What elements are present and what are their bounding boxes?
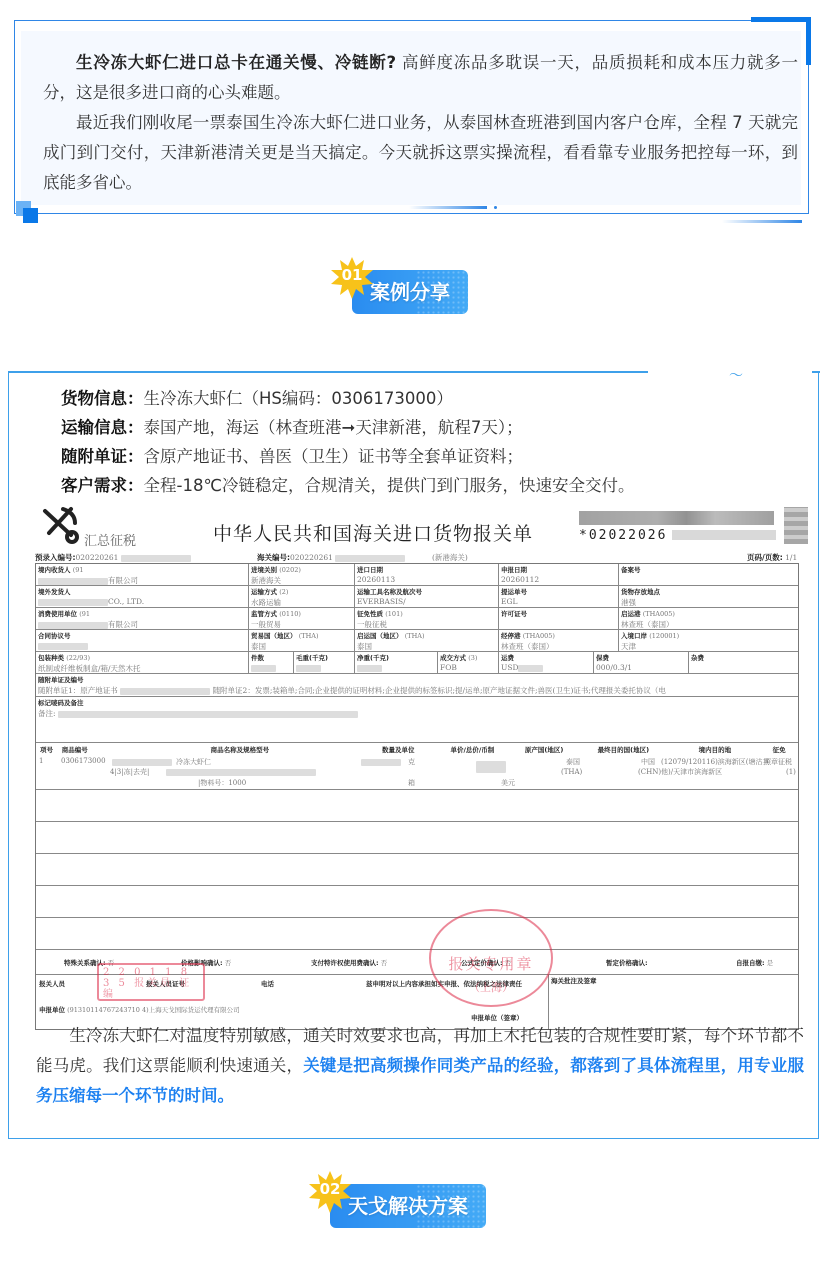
declaration-field: 许可证号 <box>499 608 619 629</box>
card-border <box>8 371 648 373</box>
info-row: 货物信息：生冷冻大虾仁（HS编码：0306173000） <box>61 384 634 413</box>
intro-card: 生冷冻大虾仁进口总卡在通关慢、冷链断? 高鲜度冻品多耽误一天，品质损耗和成本压力… <box>14 20 810 225</box>
column-header: 数量及单位 <box>359 745 438 754</box>
info-value: 泰国产地，海运（林查班港➞天津新港，航程7天）； <box>144 418 523 437</box>
column-header: 商品名称及规格型号 <box>121 745 358 754</box>
page-count: 页码/页数: 1/1 <box>747 552 797 563</box>
declaration-field: 入境口岸 (120001)天津 <box>619 630 798 651</box>
info-label: 客户需求： <box>61 476 144 495</box>
declaration-field: 境内收货人 (91有限公司 <box>36 564 249 585</box>
line-decoration <box>409 206 487 209</box>
qr-code <box>784 507 808 544</box>
declaration-row: 消费使用单位 (91有限公司监管方式 (0110)一般贸易征免性质 (101)一… <box>36 608 798 630</box>
declaration-field: 进口日期 20260113 <box>355 564 499 585</box>
info-value: 含原产地证书、兽医（卫生）证书等全套单证资料； <box>144 447 524 466</box>
info-value: 生冷冻大虾仁（HS编码：0306173000） <box>144 389 453 408</box>
column-header: 最终目的国(地区) <box>581 745 665 754</box>
redacted <box>672 530 776 540</box>
star-burst-icon: 02 <box>308 1170 352 1214</box>
column-header: 项号 <box>40 745 62 754</box>
confirm-field: 自报自缴: 是 <box>726 958 796 967</box>
section-number: 02 <box>308 1180 352 1198</box>
declarer-stamp: 2 2 0 1 1 8 3 5 报关员 证 编 <box>97 963 205 1001</box>
info-row: 随附单证：含原产地证书、兽医（卫生）证书等全套单证资料； <box>61 442 634 471</box>
customs-declaration-image: 汇总征税 中华人民共和国海关进口货物报关单 *02022026 预录入编号:02… <box>27 501 817 1011</box>
declaration-field: 监管方式 (0110)一般贸易 <box>249 608 355 629</box>
declaration-field: 备案号 <box>619 564 798 585</box>
declaration-field: 消费使用单位 (91有限公司 <box>36 608 249 629</box>
info-label: 货物信息： <box>61 389 144 408</box>
item-row: 1 0306173000 冷冻大虾仁 4|3|冻|去壳| |物料号：1000 克… <box>36 756 798 790</box>
case-info: 货物信息：生冷冻大虾仁（HS编码：0306173000） 运输信息：泰国产地，海… <box>61 384 634 500</box>
section-badge-02: 天戈解决方案 02 <box>308 1170 528 1214</box>
empty-row <box>36 790 798 822</box>
empty-row <box>36 854 798 886</box>
declaration-field: 杂费 <box>689 652 798 673</box>
info-label: 运输信息： <box>61 418 144 437</box>
declaration-field: 启运港 (THA005)林查班（泰国） <box>619 608 798 629</box>
closing-paragraph: 生冷冻大虾仁对温度特别敏感，通关时效要求也高，再加上木托包装的合规性要盯紧，每个… <box>36 1021 804 1111</box>
declaration-field: 运输工具名称及航次号 EVERBASIS/ <box>355 586 499 607</box>
intro-lead: 生冷冻大虾仁进口总卡在通关慢、冷链断? <box>76 53 396 72</box>
customs-seal-stamp: 报关专用章 （上海） <box>429 909 553 1007</box>
section-badge-01: 案例分享 01 <box>330 256 510 300</box>
declaration-title: 中华人民共和国海关进口货物报关单 <box>213 519 533 546</box>
declaration-field: 境外发货人 CO., LTD. <box>36 586 249 607</box>
line-decoration <box>722 220 802 223</box>
attached-docs-row: 随附单证及编号 随附单证1：原产地证书 随附单证2：发票;装箱单;合同;企业提供… <box>36 674 798 697</box>
declaration-field: 毛重(千克) <box>294 652 355 673</box>
declaration-row: 境外发货人 CO., LTD.运输方式 (2)水路运输运输工具名称及航次号 EV… <box>36 586 798 608</box>
customs-office: (新港海关) <box>432 552 468 563</box>
column-header: 单价/总价/币制 <box>438 745 507 754</box>
star-burst-icon: 01 <box>330 256 374 300</box>
customs-emblem-icon <box>41 505 81 545</box>
case-card: 〜 货物信息：生冷冻大虾仁（HS编码：0306173000） 运输信息：泰国产地… <box>8 371 819 1139</box>
declaration-row: 境内收货人 (91有限公司进境关别 (0202)新港海关进口日期 2026011… <box>36 564 798 586</box>
intro-text: 生冷冻大虾仁进口总卡在通关慢、冷链断? 高鲜度冻品多耽误一天，品质损耗和成本压力… <box>43 48 798 198</box>
declaration-field: 贸易国（地区） (THA)泰国 <box>249 630 355 651</box>
logo-text: 汇总征税 <box>84 530 136 549</box>
declaration-field: 征免性质 (101)一般征税 <box>355 608 499 629</box>
info-row: 客户需求：全程-18℃冷链稳定，合规清关，提供门到门服务，快速安全交付。 <box>61 471 634 500</box>
items-header: 项号商品编号商品名称及规格型号数量及单位单价/总价/币制原产国(地区)最终目的国… <box>36 743 798 756</box>
section-title: 天戈解决方案 <box>330 1184 486 1228</box>
info-value: 全程-18℃冷链稳定，合规清关，提供门到门服务，快速安全交付。 <box>144 476 635 495</box>
declaration-field: 合同协议号 <box>36 630 249 651</box>
declaration-field: 货物存放地点 港强 <box>619 586 798 607</box>
declaration-row: 合同协议号 贸易国（地区） (THA)泰国启运国（地区） (THA)泰国经停港 … <box>36 630 798 652</box>
declaration-field: 申报日期 20260112 <box>499 564 619 585</box>
declaration-table: 境内收货人 (91有限公司进境关别 (0202)新港海关进口日期 2026011… <box>35 563 799 1030</box>
empty-row <box>36 886 798 918</box>
barcode-number: *02022026 <box>579 528 667 543</box>
intro-paragraph: 最近我们刚收尾一票泰国生冷冻大虾仁进口业务，从泰国林查班港到国内客户仓库，全程 … <box>43 108 798 198</box>
column-header: 境内目的地 <box>665 745 764 754</box>
customs-number: 海关编号:020220261 <box>257 552 405 563</box>
declaration-field: 成交方式 (3)FOB <box>438 652 499 673</box>
wave-icon: 〜 <box>729 365 743 385</box>
declaration-field: 启运国（地区） (THA)泰国 <box>355 630 499 651</box>
info-row: 运输信息：泰国产地，海运（林查班港➞天津新港，航程7天）； <box>61 413 634 442</box>
declaration-field: 提运单号 EGL <box>499 586 619 607</box>
pre-entry-number: 预录入编号:020220261 <box>35 552 191 563</box>
declaration-field: 运输方式 (2)水路运输 <box>249 586 355 607</box>
square-decoration <box>23 208 38 223</box>
empty-row <box>36 822 798 854</box>
empty-row <box>36 918 798 950</box>
declaration-field: 保费 000/0.3/1 <box>594 652 689 673</box>
intro-paragraph: 生冷冻大虾仁进口总卡在通关慢、冷链断? 高鲜度冻品多耽误一天，品质损耗和成本压力… <box>43 48 798 108</box>
declaration-field: 运费 USD <box>499 652 594 673</box>
info-label: 随附单证： <box>61 447 144 466</box>
column-header: 征免 <box>764 745 794 754</box>
declaration-field: 进境关别 (0202)新港海关 <box>249 564 355 585</box>
column-header: 原产国(地区) <box>507 745 581 754</box>
card-border <box>812 371 820 373</box>
declaration-field: 净重(千克) <box>355 652 438 673</box>
declaration-field: 件数 <box>249 652 294 673</box>
dot-decoration <box>494 206 497 209</box>
declaration-field: 经停港 (THA005)林查班（泰国） <box>499 630 619 651</box>
section-number: 01 <box>330 266 374 284</box>
barcode <box>579 511 774 525</box>
marks-row: 标记唛码及备注 备注: <box>36 697 798 743</box>
declaration-field: 包装种类 (22/93)纸制或纤维板制盒/箱/天然木托 <box>36 652 249 673</box>
confirm-field: 暂定价格确认: <box>596 958 726 967</box>
column-header: 商品编号 <box>62 745 121 754</box>
